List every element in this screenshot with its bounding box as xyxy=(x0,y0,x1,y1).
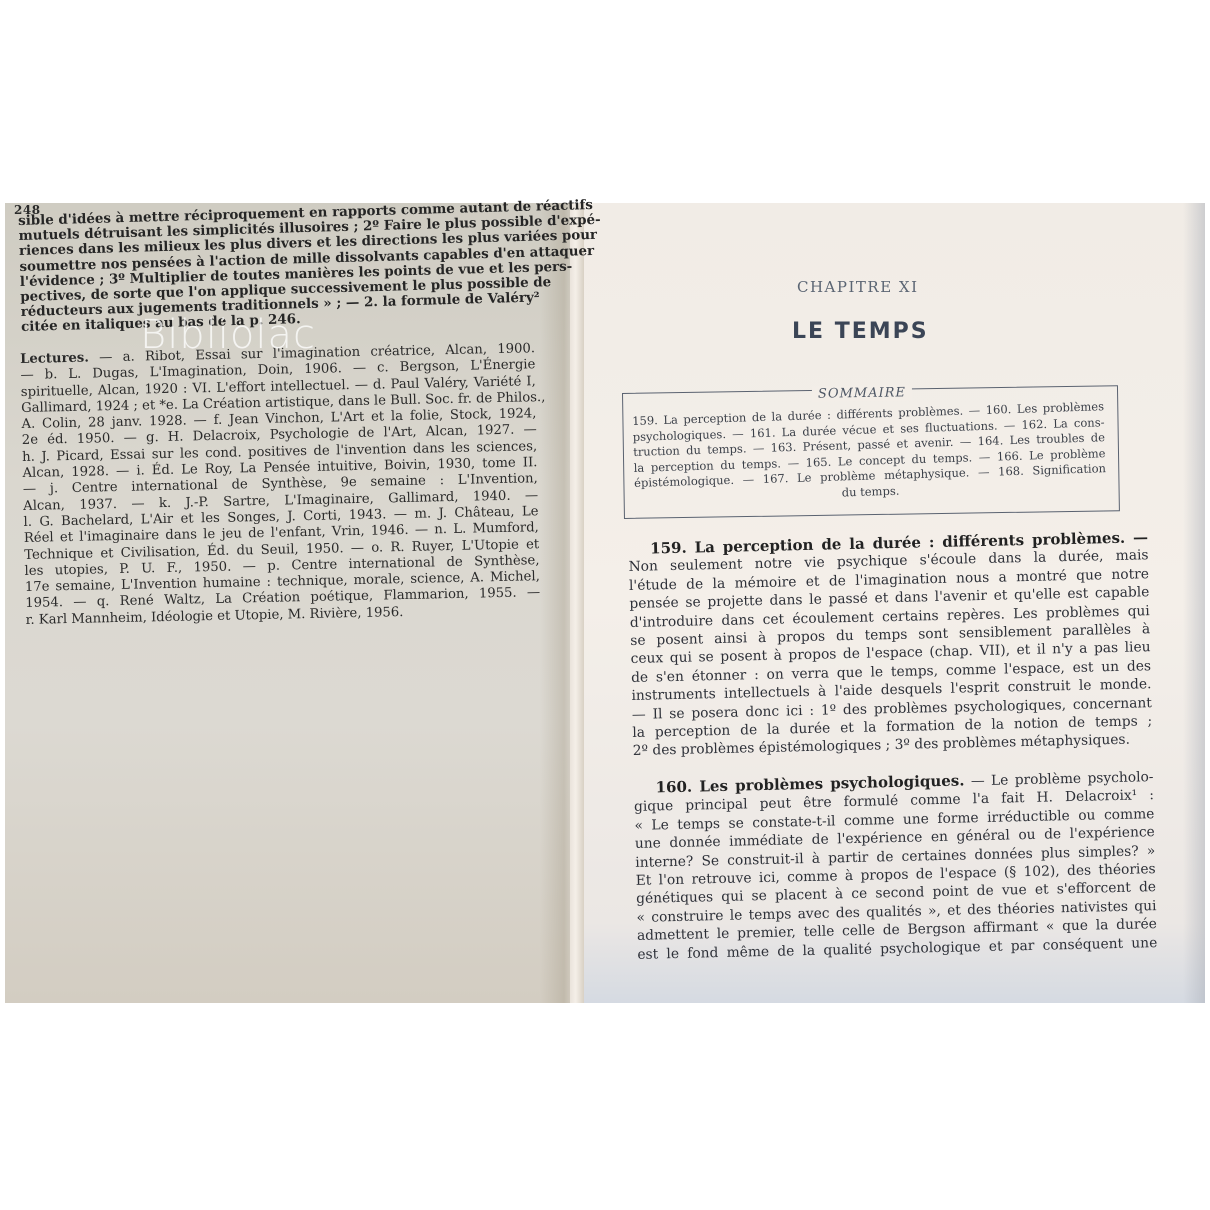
right-body: 159. La perception de la durée : différe… xyxy=(628,528,1157,964)
sommaire-text: 159. La perception de la durée : différe… xyxy=(632,399,1107,507)
chapter-title: LE TEMPS xyxy=(792,319,929,344)
watermark-logo: Bibliolac xyxy=(140,312,316,358)
readings-label: Lectures. xyxy=(20,351,89,367)
book-gutter xyxy=(570,203,584,1003)
sommaire-label: SOMMAIRE xyxy=(812,385,912,402)
readings-list: Lectures. — a. Ribot, Essai sur l'imagin… xyxy=(20,341,541,629)
chapter-label: CHAPITRE XI xyxy=(797,278,919,296)
